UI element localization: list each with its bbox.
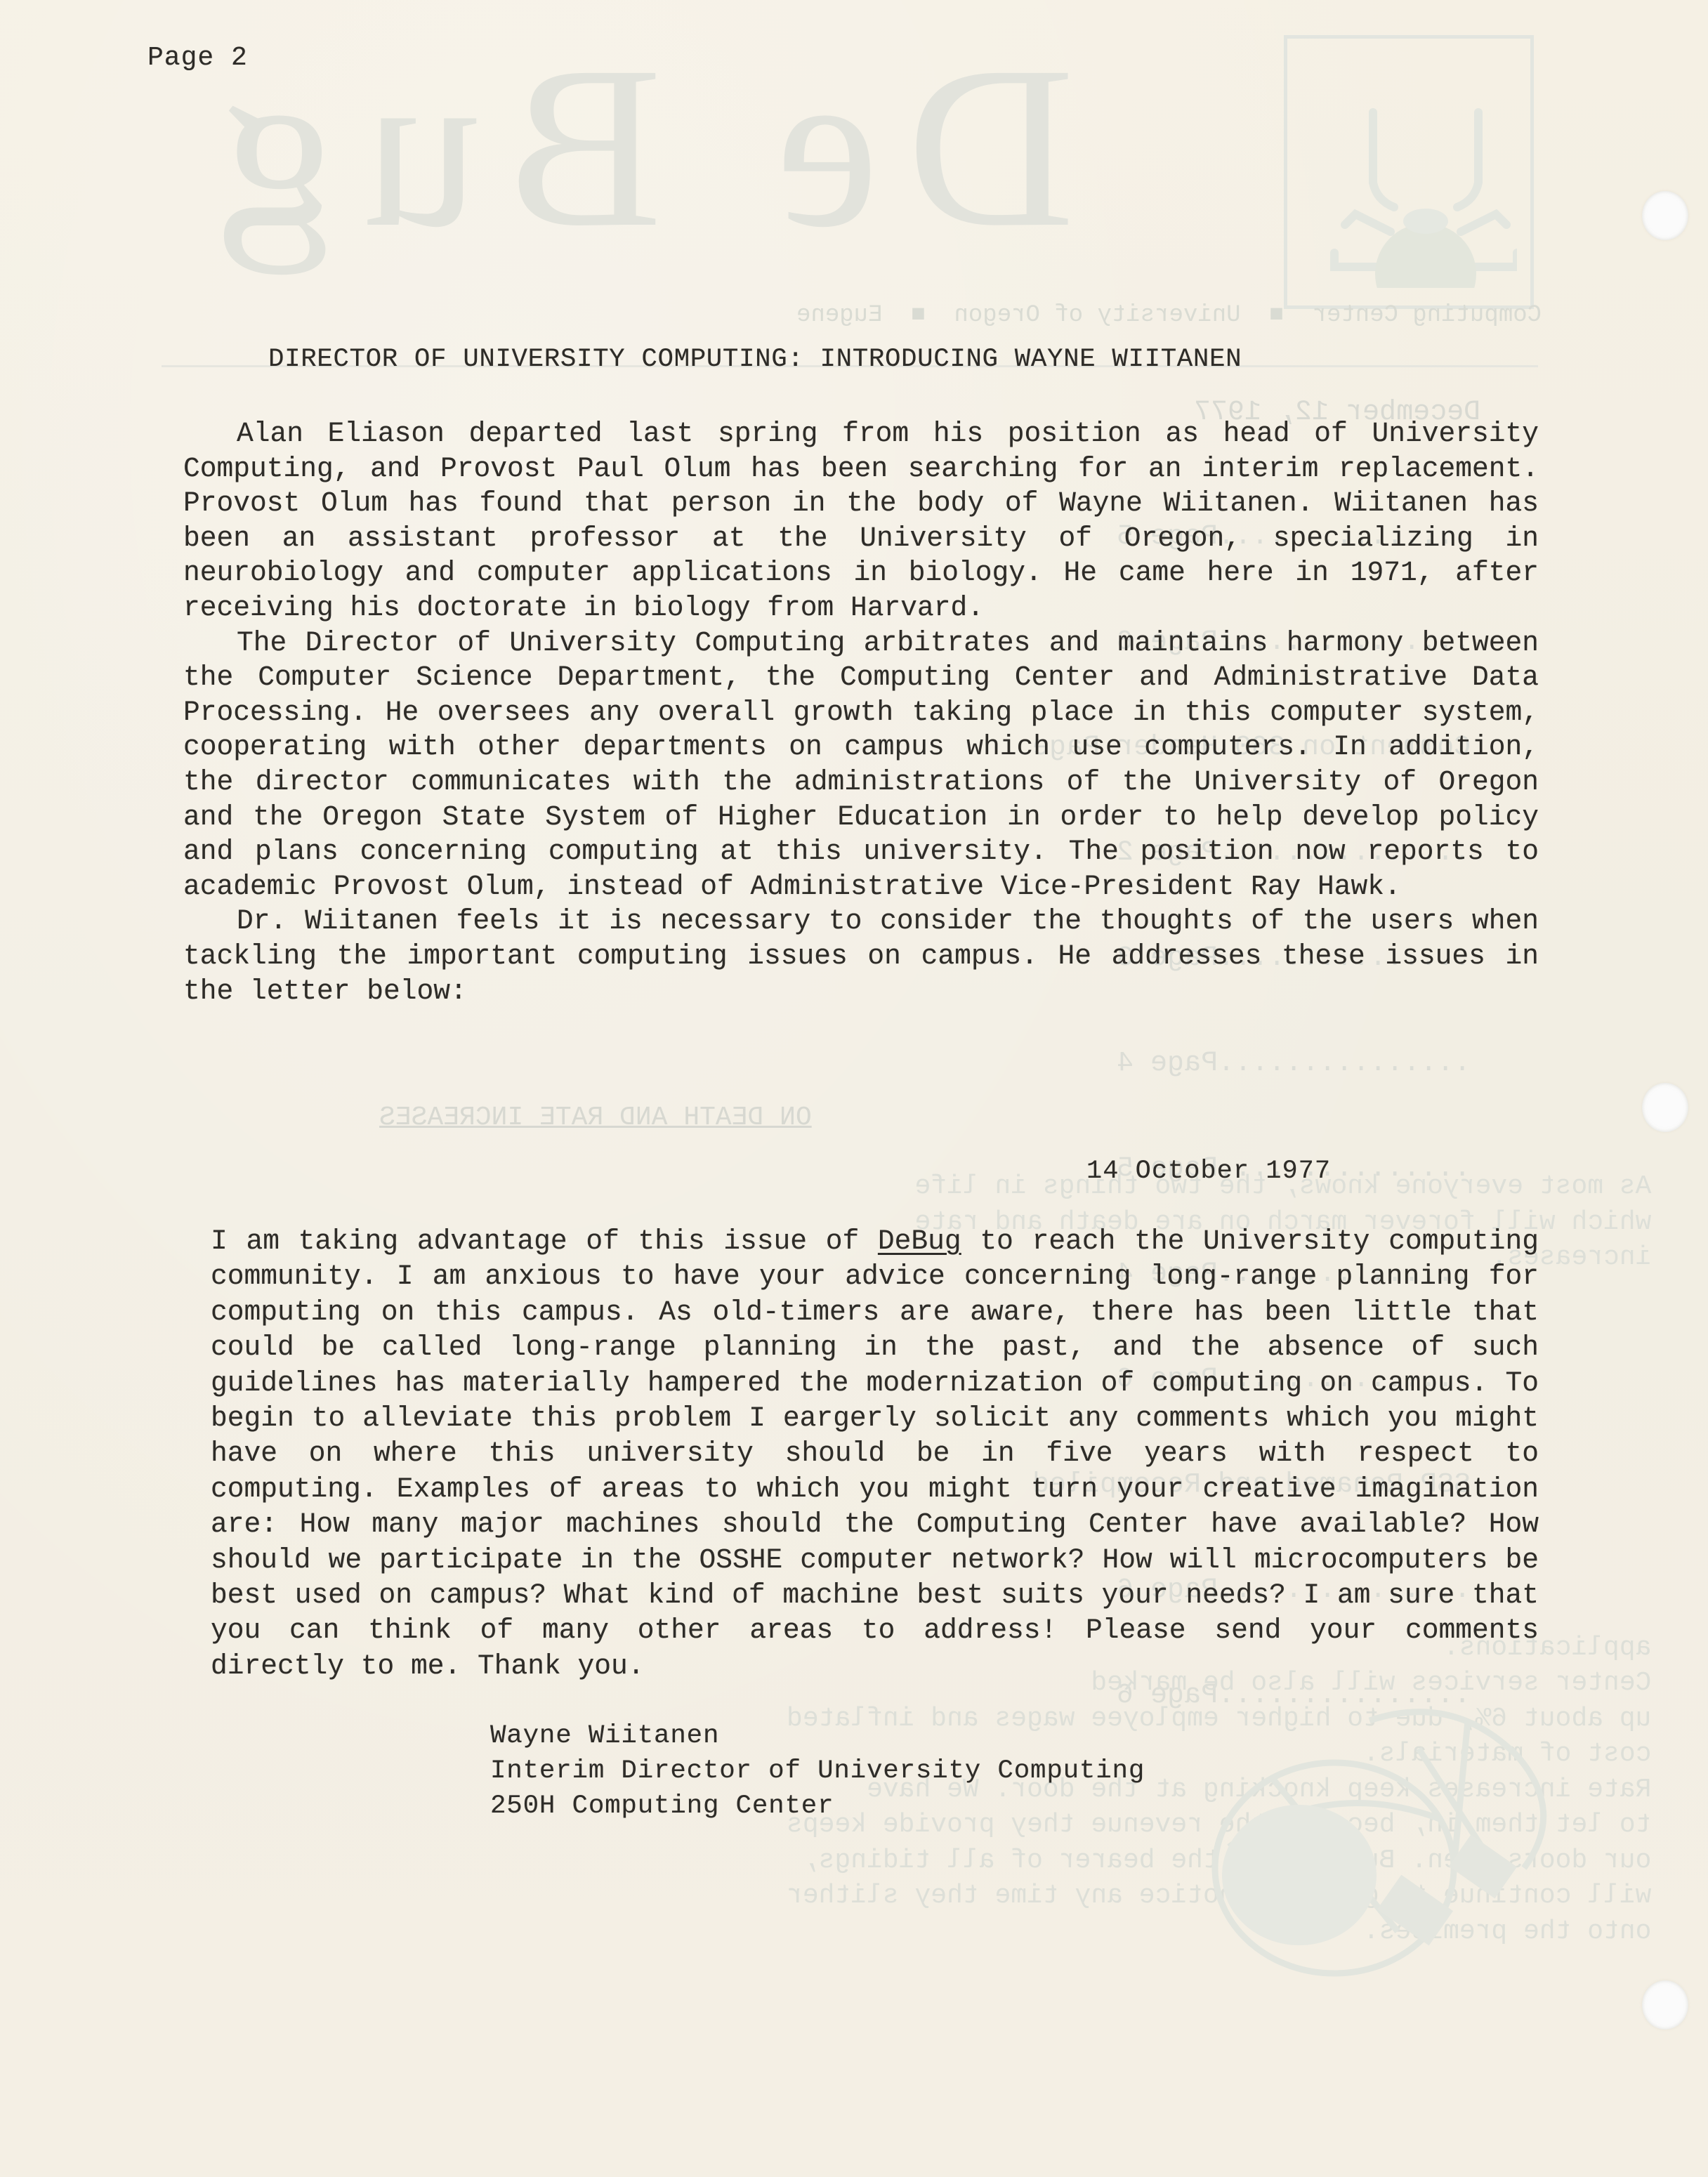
letter: I am taking advantage of this issue of D… [211, 1224, 1539, 1684]
signature-office: 250H Computing Center [490, 1789, 1145, 1824]
article-headline: DIRECTOR OF UNIVERSITY COMPUTING: INTROD… [268, 342, 1242, 377]
letter-body: I am taking advantage of this issue of D… [211, 1224, 1539, 1684]
article-body: Alan Eliason departed last spring from h… [183, 416, 1539, 1008]
bug-icon [1306, 77, 1517, 288]
signature-name: Wayne Wiitanen [490, 1718, 1145, 1754]
binder-hole-middle [1642, 1083, 1688, 1132]
signature-block: Wayne Wiitanen Interim Director of Unive… [490, 1718, 1145, 1824]
signature-title: Interim Director of University Computing [490, 1754, 1145, 1789]
letter-body-start: I am taking advantage of this issue of [211, 1225, 859, 1257]
letter-date: 14 October 1977 [1086, 1154, 1331, 1189]
binder-hole-top [1642, 191, 1688, 240]
helmet-illustration-icon [1187, 1636, 1580, 2001]
publication-title: DeBug [878, 1225, 961, 1257]
binder-hole-bottom [1642, 1980, 1688, 2030]
article-paragraph: Alan Eliason departed last spring from h… [183, 416, 1539, 626]
article-paragraph: The Director of University Computing arb… [183, 626, 1539, 905]
page-number: Page 2 [147, 41, 248, 76]
article-paragraph: Dr. Wiitanen feels it is necessary to co… [183, 904, 1539, 1008]
letter-body-rest: to reach the University computing commun… [211, 1225, 1539, 1682]
